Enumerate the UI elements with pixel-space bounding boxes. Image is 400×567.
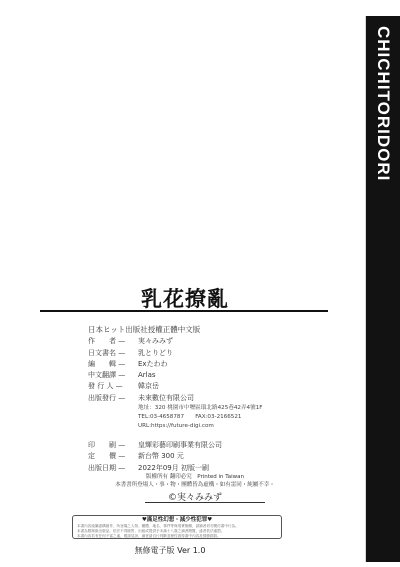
colophon-credits: 日本ヒット出版社授權正體中文版 作 者 — 実々みみず 日文書名 — 乳とりどり… <box>88 324 328 474</box>
credit-row-translator: 中文翻譯 — Arlas <box>88 370 328 381</box>
rights-line-1: 版權所有 翻印必究 Printed in Taiwan <box>60 473 330 481</box>
credit-value: Arlas <box>138 370 156 381</box>
spine-title: CHICHITORIDORI <box>366 26 400 226</box>
warning-heading: ♥滿足性幻想・減少性犯罪♥ <box>77 517 277 524</box>
credit-row-publisher-person: 發 行 人 — 韓京岳 <box>88 381 328 392</box>
credit-label: 編 輯 — <box>88 359 138 370</box>
credit-label: 日文書名 — <box>88 348 138 359</box>
credit-row-editor: 編 輯 — Exたわわ <box>88 359 328 370</box>
credit-value: 実々みみず <box>138 336 173 347</box>
credit-value: 皇輝彩藝印刷事業有限公司 <box>138 440 222 451</box>
book-spine: CHICHITORIDORI <box>365 16 400 562</box>
credit-value: Exたわわ <box>138 359 168 370</box>
credit-value: 未來數位有限公司 <box>138 393 194 404</box>
warning-box: ♥滿足性幻想・減少性犯罪♥ 本書內容純屬虛構創作，所登場之人物、團體、地名、事件… <box>72 515 282 539</box>
credit-label: 中文翻譯 — <box>88 370 138 381</box>
credit-row-printer: 印 刷 — 皇輝彩藝印刷事業有限公司 <box>88 440 328 451</box>
rights-line-2: 本書書所登場人・事・物・團體皆為虛構・如有雷同・純屬不幸・ <box>60 481 330 489</box>
credit-row-original-title: 日文書名 — 乳とりどり <box>88 348 328 359</box>
publisher-url: URL:https://future-digi.com <box>88 422 328 431</box>
credit-label: 出版發行 — <box>88 393 138 404</box>
credit-row-publisher: 出版發行 — 未來數位有限公司 <box>88 393 328 404</box>
title-divider <box>40 310 328 312</box>
publisher-address: 地址：320 桃園市中壢區環北路425巷42弄4號1F <box>88 404 328 413</box>
credit-value: 韓京岳 <box>138 381 159 392</box>
copyright-divider <box>145 502 265 503</box>
rights-statement: 版權所有 翻印必究 Printed in Taiwan 本書書所登場人・事・物・… <box>60 473 330 489</box>
publisher-phone-fax: TEL:03-4658787 FAX:03-2166521 <box>88 413 328 422</box>
license-statement: 日本ヒット出版社授權正體中文版 <box>88 324 328 335</box>
credit-value: 乳とりどり <box>138 348 173 359</box>
credit-value: 新台幣 300 元 <box>138 451 184 462</box>
credit-row-price: 定 價 — 新台幣 300 元 <box>88 451 328 462</box>
credit-label: 印 刷 — <box>88 440 138 451</box>
book-title: 乳花撩亂 <box>40 283 330 313</box>
credit-row-author: 作 者 — 実々みみず <box>88 336 328 347</box>
credit-label: 作 者 — <box>88 336 138 347</box>
edition-version: 無修電子版 Ver 1.0 <box>125 545 215 556</box>
credit-label: 定 價 — <box>88 451 138 462</box>
credit-label: 發 行 人 — <box>88 381 138 392</box>
warning-line: 本書內容若有任何不當之處，敬請見諒，讀者請自行判斷並理性看待書中內容及情節描寫。 <box>77 534 277 539</box>
